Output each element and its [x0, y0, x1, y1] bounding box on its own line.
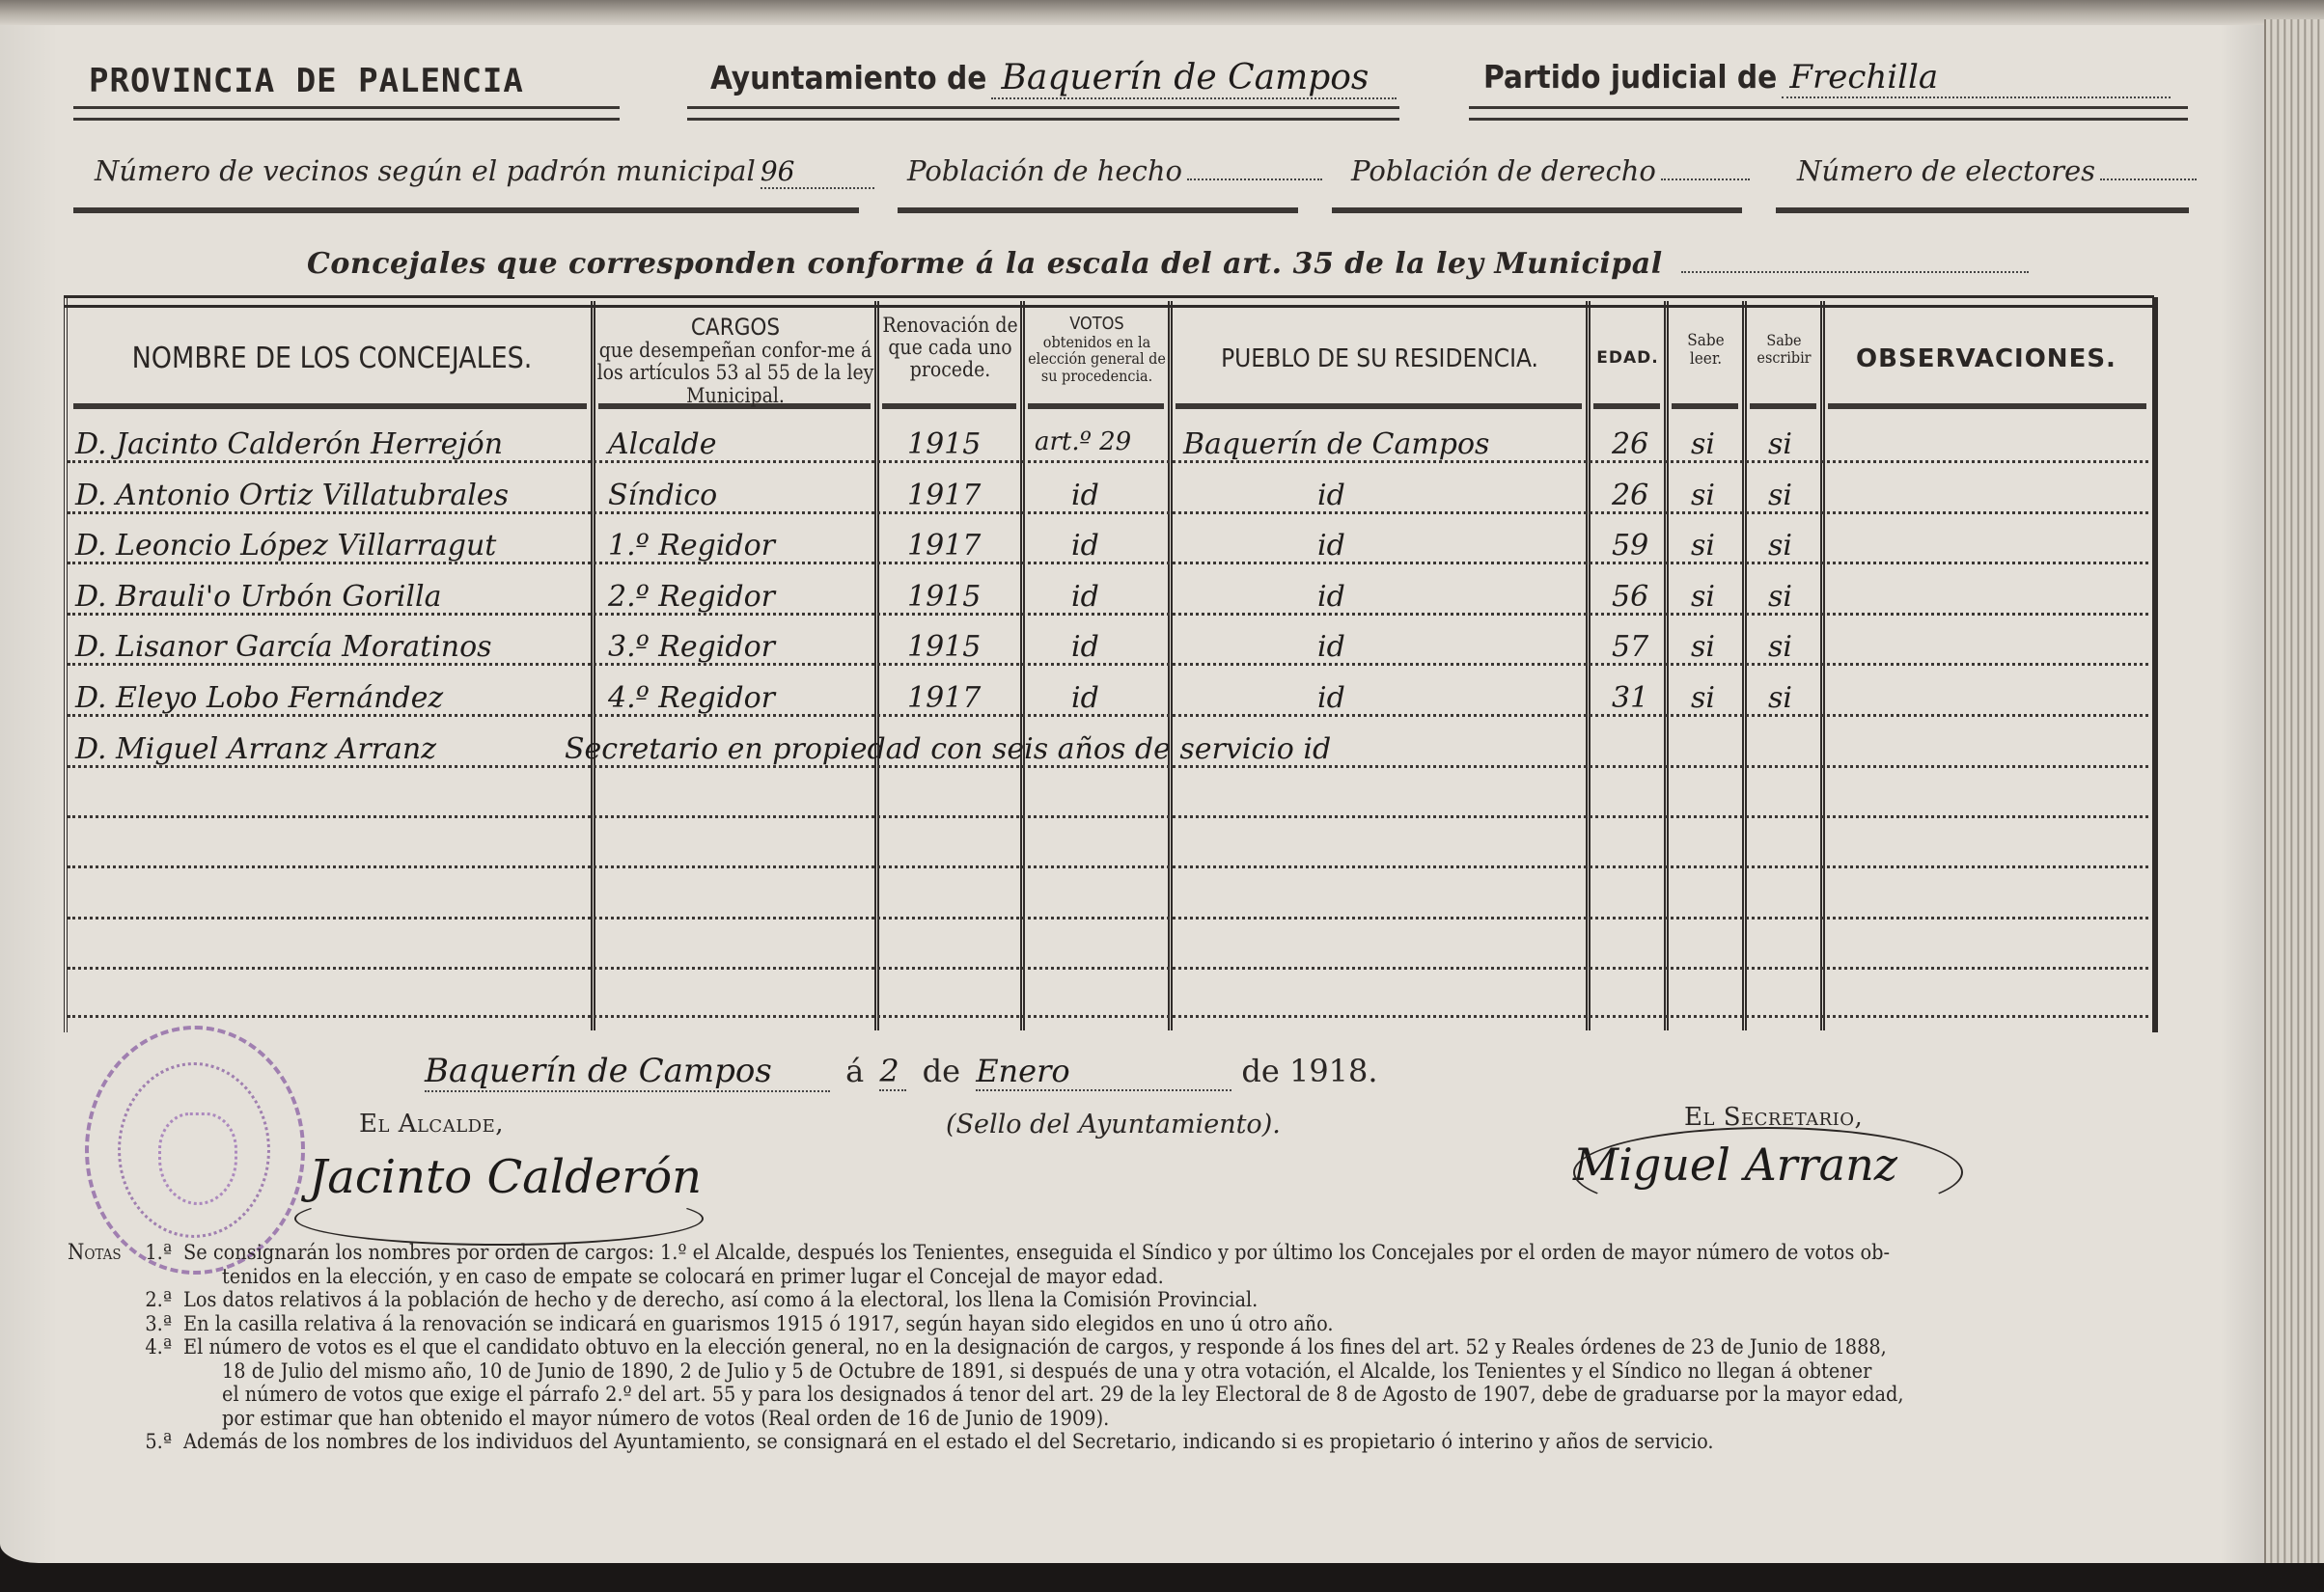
vecinos-label: Número de vecinos según el padrón munici… — [95, 154, 756, 187]
row-rule — [68, 967, 2148, 970]
column-divider — [1586, 301, 1591, 1030]
ayuntamiento-field: Ayuntamiento de Baquerín de Campos — [710, 58, 1397, 99]
column-divider — [1820, 301, 1825, 1030]
note-number: 1.ª — [145, 1242, 172, 1266]
note-text: El número de votos es el que el candidat… — [183, 1335, 1887, 1359]
header-cargos: CARGOS que desempeñan confor-me á los ar… — [596, 315, 874, 407]
poblacion-hecho-label: Población de hecho — [907, 154, 1182, 187]
header-divider — [73, 207, 859, 213]
cell-renovacion: 1915 — [907, 427, 981, 461]
cell-leer: si — [1691, 479, 1715, 512]
cell-pueblo: Baquerín de Campos — [1183, 427, 1489, 461]
cell-leer: si — [1691, 529, 1715, 563]
header-bottom-rule — [1672, 403, 1738, 409]
cell-cargo: 3.º Regidor — [608, 630, 775, 664]
note-text: el número de votos que exige el párrafo … — [183, 1384, 2239, 1408]
book-page-edges — [2264, 19, 2324, 1563]
note-number: 5.ª — [145, 1431, 172, 1455]
a-label: á — [845, 1053, 864, 1089]
cell-nombre: D. Leoncio López Villarragut — [75, 529, 496, 563]
header-divider — [687, 106, 1399, 121]
cell-renovacion: 1917 — [907, 479, 981, 512]
cell-pueblo: id — [1317, 630, 1345, 664]
cell-escribir: si — [1768, 427, 1792, 461]
document-page: PROVINCIA DE PALENCIA Ayuntamiento de Ba… — [0, 0, 2324, 1563]
cell-edad: 26 — [1612, 427, 1648, 461]
header-cargos-title: CARGOS — [596, 315, 874, 340]
column-divider — [1168, 301, 1173, 1030]
cell-escribir: si — [1768, 630, 1792, 664]
day-value: 2 — [879, 1053, 906, 1091]
header-bottom-rule — [1176, 403, 1582, 409]
cell-nombre: D. Lisanor García Moratinos — [75, 630, 492, 664]
concejales-field: Concejales que corresponden conforme á l… — [307, 247, 2029, 281]
cell-cargo: 2.º Regidor — [608, 580, 775, 614]
header-sabe-leer: Sabe leer. — [1670, 332, 1742, 368]
cell-renovacion: 1915 — [907, 630, 981, 664]
cell-votos: id — [1071, 580, 1099, 614]
header-bottom-rule — [73, 403, 587, 409]
cell-pueblo: id — [1317, 580, 1345, 614]
electores-value — [2100, 178, 2197, 180]
cell-nombre: D. Miguel Arranz Arranz — [75, 732, 436, 766]
poblacion-derecho-label: Población de derecho — [1351, 154, 1656, 187]
cell-escribir: si — [1768, 479, 1792, 512]
header-sabe-escribir: Sabe escribir — [1748, 332, 1820, 366]
column-divider — [1020, 301, 1025, 1030]
header-divider — [73, 106, 620, 121]
cell-nombre: D. Antonio Ortiz Villatubrales — [75, 479, 509, 512]
note-item: 2.ª Los datos relativos á la población d… — [68, 1289, 2239, 1313]
cell-edad: 26 — [1612, 479, 1648, 512]
header-votos-sub: obtenidos en la elección general de su p… — [1026, 334, 1168, 385]
cell-pueblo: id — [1317, 529, 1345, 563]
header-votos-title: VOTOS — [1026, 315, 1168, 334]
cell-renovacion: 1915 — [907, 580, 981, 614]
header-bottom-rule — [1828, 403, 2146, 409]
cell-cargo: 4.º Regidor — [608, 681, 775, 715]
note-number: 3.ª — [145, 1313, 172, 1337]
note-text: Los datos relativos á la población de he… — [183, 1288, 1258, 1312]
de-label: de — [923, 1053, 960, 1089]
cell-edad: 59 — [1612, 529, 1648, 563]
header-edad: EDAD. — [1591, 349, 1664, 368]
poblacion-derecho-field: Población de derecho — [1351, 154, 1750, 187]
signature-flourish — [1573, 1127, 1963, 1218]
note-item: 1.ª Se consignarán los nombres por orden… — [68, 1242, 2239, 1289]
concejales-value — [1681, 271, 2029, 273]
province-title: PROVINCIA DE PALENCIA — [89, 62, 524, 100]
row-rule — [68, 865, 2148, 868]
place-value: Baquerín de Campos — [425, 1052, 830, 1092]
column-divider — [591, 301, 595, 1030]
cell-votos: id — [1071, 681, 1099, 715]
coat-of-arms-icon — [158, 1112, 237, 1205]
cell-cargo: Alcalde — [608, 427, 717, 461]
poblacion-hecho-field: Población de hecho — [907, 154, 1322, 187]
cell-pueblo: id — [1317, 681, 1345, 715]
cell-leer: si — [1691, 427, 1715, 461]
cell-escribir: si — [1768, 580, 1792, 614]
cell-leer: si — [1691, 630, 1715, 664]
partido-value: Frechilla — [1782, 58, 2171, 98]
note-item: 4.ª El número de votos es el que el cand… — [68, 1336, 2239, 1431]
header-nombre: NOMBRE DE LOS CONCEJALES. — [77, 343, 587, 374]
header-cargos-sub: que desempeñan confor-me á los artículos… — [596, 340, 874, 406]
header-divider — [1776, 207, 2189, 213]
header-pueblo: PUEBLO DE SU RESIDENCIA. — [1174, 345, 1586, 373]
cell-pueblo: id — [1317, 479, 1345, 512]
row-rule — [68, 1015, 2148, 1018]
signature-flourish — [294, 1192, 704, 1246]
cell-edad: 57 — [1612, 630, 1648, 664]
cell-nombre: D. Jacinto Calderón Herrejón — [75, 427, 503, 461]
date-line: Baquerín de Campos á 2 de Enero de 1918. — [425, 1052, 1378, 1092]
poblacion-derecho-value — [1661, 178, 1750, 180]
cell-nombre: D. Brauli'o Urbón Gorilla — [75, 580, 441, 614]
ayuntamiento-value: Baquerín de Campos — [991, 58, 1397, 99]
note-text: tenidos en la elección, y en caso de emp… — [183, 1266, 2239, 1290]
header-renovacion: Renovación de que cada uno procede. — [880, 315, 1020, 381]
notes-section: Notas 1.ª Se consignarán los nombres por… — [68, 1242, 2239, 1455]
cell-leer: si — [1691, 580, 1715, 614]
vecinos-field: Número de vecinos según el padrón munici… — [95, 154, 874, 189]
partido-field: Partido judicial de Frechilla — [1483, 58, 2171, 98]
sello-label: (Sello del Ayuntamiento). — [946, 1110, 1281, 1139]
note-item: 3.ª En la casilla relativa á la renovaci… — [68, 1313, 2239, 1337]
column-divider — [1664, 301, 1669, 1030]
month-value: Enero — [976, 1053, 1231, 1091]
poblacion-hecho-value — [1187, 178, 1322, 180]
concejales-label: Concejales que corresponden conforme á l… — [307, 247, 1663, 281]
header-bottom-rule — [1593, 403, 1660, 409]
cell-votos: id — [1071, 479, 1099, 512]
cell-edad: 56 — [1612, 580, 1648, 614]
cell-renovacion: 1917 — [907, 529, 981, 563]
row-rule — [68, 815, 2148, 818]
cell-edad: 31 — [1612, 681, 1648, 715]
note-item: 5.ª Además de los nombres de los individ… — [68, 1431, 2239, 1455]
note-text: Se consignarán los nombres por orden de … — [183, 1241, 1890, 1265]
book-top-edge — [0, 0, 2324, 25]
cell-votos: art.º 29 — [1035, 427, 1131, 456]
electores-field: Número de electores — [1797, 154, 2197, 187]
cell-leer: si — [1691, 681, 1715, 715]
note-text: En la casilla relativa á la renovación s… — [183, 1312, 1334, 1336]
row-rule — [68, 917, 2148, 920]
ayuntamiento-seal-stamp — [85, 1026, 305, 1275]
header-bottom-rule — [882, 403, 1016, 409]
year-text: de 1918. — [1241, 1053, 1377, 1089]
note-number: 2.ª — [145, 1289, 172, 1313]
header-bottom-rule — [1028, 403, 1164, 409]
alcalde-label: El Alcalde, — [359, 1110, 504, 1139]
column-divider — [874, 301, 879, 1030]
header-observaciones: OBSERVACIONES. — [1826, 345, 2146, 373]
column-divider — [1742, 301, 1747, 1030]
cell-votos: id — [1071, 630, 1099, 664]
note-text: Además de los nombres de los individuos … — [183, 1430, 1714, 1454]
cell-renovacion: 1917 — [907, 681, 981, 715]
note-text: por estimar que han obtenido el mayor nú… — [183, 1408, 2239, 1432]
electores-label: Número de electores — [1797, 154, 2095, 187]
cell-votos: id — [1071, 529, 1099, 563]
vecinos-value: 96 — [761, 155, 874, 189]
header-divider — [1469, 106, 2188, 121]
note-number: 4.ª — [145, 1336, 172, 1360]
cell-secretario-note: Secretario en propiedad con seis años de… — [565, 732, 1331, 766]
cell-cargo: 1.º Regidor — [608, 529, 775, 563]
cell-escribir: si — [1768, 529, 1792, 563]
partido-label: Partido judicial de — [1483, 58, 1777, 96]
note-text: 18 de Julio del mismo año, 10 de Junio d… — [183, 1360, 2239, 1385]
ayuntamiento-label: Ayuntamiento de — [710, 59, 986, 96]
cell-cargo: Síndico — [608, 479, 717, 512]
header-bottom-rule — [1750, 403, 1816, 409]
cell-nombre: D. Eleyo Lobo Fernández — [75, 681, 443, 715]
header-divider — [898, 207, 1298, 213]
header-divider — [1332, 207, 1742, 213]
header-votos: VOTOS obtenidos en la elección general d… — [1026, 315, 1168, 385]
cell-escribir: si — [1768, 681, 1792, 715]
